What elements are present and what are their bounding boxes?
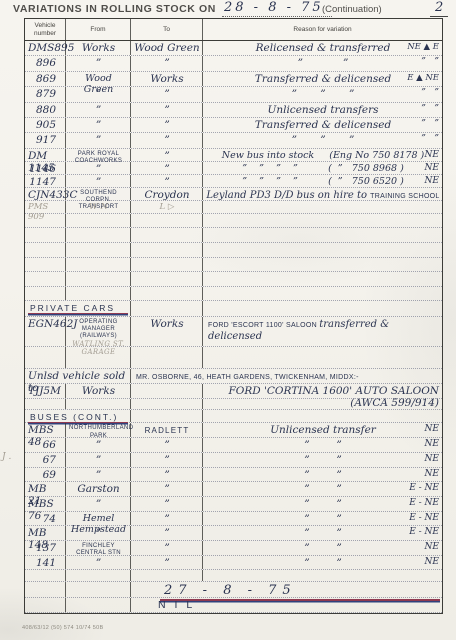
table-cell xyxy=(203,301,442,315)
cell-text: ” ” xyxy=(206,469,440,481)
table-cell: ” xyxy=(66,103,131,117)
table-cell: 69 xyxy=(25,468,66,482)
cell-text: Mr. Osborne, 46, Heath Gardens, Twickenh… xyxy=(136,374,359,381)
cell-text: 137 xyxy=(28,542,56,554)
table-row: CJN433CSouthendCorpn. TransportCroydonLe… xyxy=(25,188,442,201)
table-cell: Works xyxy=(66,41,131,55)
cell-text: 917 xyxy=(28,134,56,146)
table-cell: L ▷ xyxy=(131,201,203,213)
table-cell: MBS 76 xyxy=(25,497,66,511)
table-cell: ” ” ” xyxy=(203,133,442,147)
district-mark: E - NE xyxy=(409,483,439,493)
table-cell xyxy=(25,582,66,597)
cell-text: Transferred & delicensed xyxy=(206,119,440,131)
table-cell xyxy=(131,287,203,301)
table-cell xyxy=(203,570,442,581)
table-cell: ” ” xyxy=(203,438,442,452)
table-row: 137FinchleyCentral Stn”” ”NE xyxy=(25,541,442,556)
table-cell xyxy=(66,287,131,301)
cell-text: ” xyxy=(134,527,200,539)
table-cell xyxy=(66,228,131,242)
district-mark: NE xyxy=(425,542,439,552)
cell-text: ” xyxy=(134,483,200,495)
header-vehicle-line1: Vehicle xyxy=(35,22,56,29)
table-cell: Hemel Hempstead xyxy=(66,512,131,526)
table-cell: ” ” ” ” ( ” 750 6520 ) xyxy=(203,175,442,187)
table-cell: ” ” ” ” ( ” 750 8968 ) xyxy=(203,162,442,174)
table-row: 141””” ”NE xyxy=(25,556,442,571)
table-cell: DMS895 xyxy=(25,41,66,55)
table-cell: ” ” xyxy=(203,526,442,540)
table-cell: ” ” xyxy=(203,512,442,526)
table-cell: Unlsd vehicle sold to xyxy=(25,369,131,383)
table-cell: Park RoyalCoachworks xyxy=(66,149,131,161)
table-row xyxy=(25,214,442,229)
table-cell xyxy=(131,410,203,422)
table-row: EGN462JOperating Manager(Railways)Watlin… xyxy=(25,317,442,347)
cell-text: ” xyxy=(134,498,200,510)
table-cell xyxy=(203,399,442,409)
table-cell: Unlicensed transfers xyxy=(203,103,442,117)
table-cell: N I L xyxy=(131,598,442,612)
cell-text: ” xyxy=(69,469,128,481)
cell-text: ” xyxy=(69,498,128,510)
cell-text: 69 xyxy=(28,469,56,481)
table-row: 869Wood GreenWorksTransferred & delicens… xyxy=(25,72,442,87)
cell-text: ” ” xyxy=(206,513,440,525)
cell-text: ” xyxy=(134,176,200,188)
cell-text: ” ” xyxy=(206,454,440,466)
cell-text: ” ” ” xyxy=(206,134,440,146)
header-to-label: To xyxy=(163,26,170,33)
table-cell: ” xyxy=(131,438,203,452)
table-cell: ” ” xyxy=(203,56,442,70)
table-row: 905””Transferred & delicensed” ” xyxy=(25,118,442,133)
cell-text: ” ” xyxy=(206,483,440,495)
table-cell: 141 xyxy=(25,556,66,570)
table-cell: TJJ5M xyxy=(25,384,66,398)
cell-text: Works xyxy=(134,73,200,85)
table-row xyxy=(25,228,442,243)
margin-pencil-note: J . xyxy=(2,452,11,462)
district-mark: E - NE xyxy=(409,498,439,508)
title-bar: VARIATIONS IN ROLLING STOCK ON 28 - 8 - … xyxy=(0,0,456,18)
table-cell: ” xyxy=(66,175,131,187)
cell-text: Relicensed & transferred xyxy=(206,42,440,54)
table-cell xyxy=(131,570,203,581)
cell-text: Southend xyxy=(69,190,128,197)
cell-text: Works xyxy=(134,318,200,330)
cell-text: ” xyxy=(69,119,128,131)
district-mark: NE xyxy=(425,439,439,449)
table-cell: ” xyxy=(66,162,131,174)
cell-text: ” xyxy=(69,454,128,466)
cell-text: Buses (Cont.) xyxy=(28,411,128,423)
district-mark: ” ” xyxy=(421,57,439,67)
district-mark: NE xyxy=(425,424,439,434)
header-vehicle-line2: number xyxy=(34,30,56,37)
district-mark: E - NE xyxy=(409,513,439,523)
table-row: 27 - 8 - 75 xyxy=(25,582,442,598)
cell-text: 905 xyxy=(28,119,56,131)
table-row xyxy=(25,243,442,258)
table-cell xyxy=(66,399,131,409)
district-mark: ” ” xyxy=(421,134,439,144)
table-cell: 917 xyxy=(25,133,66,147)
table-row: 74Hemel Hempstead”” ”E - NE xyxy=(25,512,442,527)
cell-text: Ford 'Escort 1100' Saloon xyxy=(208,322,319,329)
header-reason: Reason for variation xyxy=(203,19,442,40)
table-cell xyxy=(203,258,442,272)
cell-text: Garston xyxy=(69,483,128,495)
table-cell xyxy=(25,287,66,301)
cell-text: ” ” ” ” ( ” 750 8968 ) xyxy=(206,163,440,174)
cell-text: ” xyxy=(134,57,200,69)
table-cell: Wood Green xyxy=(131,41,203,55)
cell-text: ” ” xyxy=(206,57,440,69)
table-cell: ” xyxy=(131,133,203,147)
cell-text: ” xyxy=(69,104,128,116)
cell-text: ” xyxy=(69,88,128,100)
cell-text: Training School xyxy=(370,193,439,200)
cell-text: Works xyxy=(69,385,128,397)
table-row xyxy=(25,258,442,273)
cell-text: Operating Manager xyxy=(69,319,128,333)
table-cell xyxy=(66,582,131,597)
table-cell: Works xyxy=(131,72,203,86)
table-cell xyxy=(131,347,203,368)
rolling-stock-table: Vehicle number From To Reason for variat… xyxy=(24,18,443,614)
table-cell: EGN462J xyxy=(25,317,66,346)
cell-text: 1147 xyxy=(28,176,56,188)
table-row: TJJ5MWorksFORD 'CORTINA 1600' AUTO SALOO… xyxy=(25,384,442,399)
table-cell: Radlett xyxy=(131,423,203,437)
district-mark: ” ” xyxy=(421,119,439,129)
table-cell xyxy=(203,201,442,213)
cell-text: ” xyxy=(134,557,200,569)
table-cell xyxy=(25,570,66,581)
cell-text: ” xyxy=(134,454,200,466)
table-row: 67””” ”NE xyxy=(25,453,442,468)
cell-text: ” xyxy=(69,163,128,175)
table-cell xyxy=(203,214,442,228)
table-cell: 869 xyxy=(25,72,66,86)
table-cell: MB 148 xyxy=(25,526,66,540)
table-cell: ” xyxy=(131,175,203,187)
table-cell xyxy=(131,258,203,272)
table-cell: PMS 909 xyxy=(25,201,66,213)
header-from-label: From xyxy=(90,26,105,33)
table-cell: NorthumberlandPark xyxy=(66,423,131,437)
table-cell: 74 xyxy=(25,512,66,526)
district-mark: NE ▲ E xyxy=(407,42,439,52)
district-mark: NE xyxy=(425,150,439,160)
cell-text: ” xyxy=(69,176,128,188)
table-row: Buses (Cont.) xyxy=(25,410,442,423)
cell-text: L ▷ xyxy=(134,202,200,212)
cell-text: Northumberland xyxy=(69,425,128,432)
table-cell xyxy=(203,243,442,257)
table-cell: ” xyxy=(66,556,131,570)
cell-text: ” ” xyxy=(206,557,440,569)
table-body: DMS895WorksWood GreenRelicensed & transf… xyxy=(25,41,442,613)
cell-text: ” ” ” xyxy=(206,88,440,100)
cell-text: ” ” xyxy=(206,542,440,554)
table-cell: 879 xyxy=(25,87,66,101)
table-cell: Operating Manager(Railways)Watling St. G… xyxy=(66,317,131,346)
table-cell xyxy=(131,384,203,398)
table-cell: Works xyxy=(131,317,203,346)
cell-text: 74 xyxy=(28,513,56,525)
table-row: MBS 76””” ”E - NE xyxy=(25,497,442,512)
table-cell: ” xyxy=(131,497,203,511)
table-cell: ” xyxy=(66,468,131,482)
table-row: 1147””” ” ” ” ( ” 750 6520 )NE xyxy=(25,175,442,188)
district-mark: ” ” xyxy=(421,104,439,114)
table-row: MB 21Garston”” ”E - NE xyxy=(25,482,442,497)
table-cell: 27 - 8 - 75 xyxy=(131,582,442,597)
table-cell xyxy=(131,228,203,242)
cell-text: 67 xyxy=(28,454,56,466)
page-title: VARIATIONS IN ROLLING STOCK ON xyxy=(13,3,216,15)
cell-text: Unlicensed transfers xyxy=(206,104,440,116)
table-cell xyxy=(131,399,203,409)
table-row: PMS 909W NL ▷ xyxy=(25,201,442,214)
cell-text: Wood Green xyxy=(134,42,200,54)
table-row xyxy=(25,399,442,410)
table-cell: 137 xyxy=(25,541,66,555)
table-cell: Croydon xyxy=(131,188,203,200)
table-cell: ” xyxy=(66,133,131,147)
table-cell xyxy=(131,214,203,228)
table-cell: ” xyxy=(131,556,203,570)
cell-text: Radlett xyxy=(134,426,200,435)
table-cell: ” xyxy=(131,541,203,555)
scanned-page: VARIATIONS IN ROLLING STOCK ON 28 - 8 - … xyxy=(0,0,456,640)
table-cell: ” xyxy=(66,118,131,132)
table-cell: Private Cars xyxy=(25,301,131,315)
table-cell: ” ” xyxy=(203,541,442,555)
table-cell: New bus into stock (Eng No 750 8178 ) xyxy=(203,149,442,161)
table-row: 917””” ” ”” ” xyxy=(25,133,442,148)
table-cell: FORD 'CORTINA 1600' AUTO SALOON (AWCA 59… xyxy=(203,384,442,398)
table-cell xyxy=(66,272,131,286)
table-cell: Works xyxy=(66,384,131,398)
cell-text: N I L xyxy=(158,599,440,611)
cell-text: ” ” xyxy=(206,439,440,451)
table-cell: ” xyxy=(131,482,203,496)
table-cell: ” xyxy=(131,526,203,540)
table-cell xyxy=(66,214,131,228)
table-cell xyxy=(25,214,66,228)
table-row: Private Cars xyxy=(25,301,442,316)
cell-text: ” xyxy=(134,150,200,162)
table-cell: ” ” xyxy=(203,556,442,570)
cell-text: ” xyxy=(134,469,200,481)
cell-text: ” xyxy=(69,57,128,69)
header-vehicle-number: Vehicle number xyxy=(25,19,66,40)
cell-text: ” xyxy=(69,527,128,539)
cell-text: Croydon xyxy=(134,189,200,201)
table-cell xyxy=(25,399,66,409)
cell-text: ” xyxy=(134,119,200,131)
table-cell: ” xyxy=(131,468,203,482)
table-cell: 1147 xyxy=(25,175,66,187)
cell-text: ” xyxy=(134,439,200,451)
cell-text: Works xyxy=(69,42,128,54)
table-cell xyxy=(25,347,66,368)
header-to: To xyxy=(131,19,203,40)
table-cell: DM 1145 xyxy=(25,149,66,161)
table-cell xyxy=(203,287,442,301)
table-cell xyxy=(66,598,131,612)
table-cell: Wood Green xyxy=(66,72,131,86)
table-cell: Transferred & delicensed xyxy=(203,118,442,132)
table-cell: ” xyxy=(66,56,131,70)
table-cell: ” xyxy=(131,149,203,161)
table-row: Unlsd vehicle sold toMr. Osborne, 46, He… xyxy=(25,369,442,384)
table-cell xyxy=(66,243,131,257)
table-row: 66””” ”NE xyxy=(25,438,442,453)
cell-text: ” xyxy=(134,163,200,175)
table-header-row: Vehicle number From To Reason for variat… xyxy=(25,19,442,41)
table-cell xyxy=(25,272,66,286)
table-row: 896””” ”” ” xyxy=(25,56,442,71)
continuation-label: (Continuation) xyxy=(322,4,382,15)
form-reference: 408/63/12 (50) 574 10/74 50B xyxy=(22,625,104,631)
cell-text: 141 xyxy=(28,557,56,569)
cell-text: TJJ5M xyxy=(28,385,63,397)
table-cell: ” ” xyxy=(203,497,442,511)
cell-text: Unlicensed transfer xyxy=(206,424,440,436)
table-cell xyxy=(131,243,203,257)
table-cell: 1146 xyxy=(25,162,66,174)
table-cell: ” xyxy=(66,497,131,511)
table-cell: ” xyxy=(66,87,131,101)
table-row: 880””Unlicensed transfers” ” xyxy=(25,103,442,118)
cell-text: CJN433C xyxy=(28,189,63,201)
table-cell xyxy=(25,258,66,272)
table-cell xyxy=(203,228,442,242)
table-cell: MBS 48 xyxy=(25,423,66,437)
cell-text: EGN462J xyxy=(28,318,63,330)
table-cell: ” xyxy=(66,526,131,540)
table-cell: 880 xyxy=(25,103,66,117)
table-cell: Unlicensed transfer xyxy=(203,423,442,437)
table-cell xyxy=(25,228,66,242)
table-cell xyxy=(25,598,66,612)
table-cell: ” xyxy=(66,438,131,452)
district-mark: ” ” xyxy=(421,88,439,98)
cell-text: Finchley xyxy=(69,543,128,550)
table-row xyxy=(25,272,442,287)
table-row: 1146””” ” ” ” ( ” 750 8968 )NE xyxy=(25,162,442,175)
cell-subtext: (Railways) xyxy=(69,333,128,340)
header-reason-label: Reason for variation xyxy=(293,26,351,33)
cell-text: 880 xyxy=(28,104,56,116)
header-date: 28 - 8 - 75 xyxy=(222,0,332,17)
table-row xyxy=(25,287,442,302)
cell-text: 1146 xyxy=(28,163,56,175)
table-cell: FinchleyCentral Stn xyxy=(66,541,131,555)
table-cell: ” ” xyxy=(203,482,442,496)
cell-text: Leyland PD3 D/D bus on hire to xyxy=(206,190,370,201)
table-row: DM 1145Park RoyalCoachworks”New bus into… xyxy=(25,149,442,162)
table-cell: 67 xyxy=(25,453,66,467)
table-cell xyxy=(131,301,203,315)
table-cell: ” xyxy=(66,453,131,467)
cell-text: New bus into stock (Eng No 750 8178 ) xyxy=(206,150,440,161)
cell-text: W N xyxy=(69,202,128,212)
cell-text: Transferred & delicensed xyxy=(206,73,440,85)
table-cell xyxy=(203,272,442,286)
table-row: 69””” ”NE xyxy=(25,468,442,483)
table-row xyxy=(25,570,442,582)
cell-text: ” xyxy=(69,134,128,146)
table-cell: ” ” xyxy=(203,468,442,482)
table-cell xyxy=(131,272,203,286)
table-cell: Ford 'Escort 1100' Saloon transferred & … xyxy=(203,317,442,346)
cell-text: ” xyxy=(134,513,200,525)
table-cell: Mr. Osborne, 46, Heath Gardens, Twickenh… xyxy=(131,369,442,383)
cell-text: DMS895 xyxy=(28,42,63,54)
cell-text: 869 xyxy=(28,73,56,85)
cell-text: ” xyxy=(134,104,200,116)
table-cell: 66 xyxy=(25,438,66,452)
table-cell: ” xyxy=(131,118,203,132)
table-cell xyxy=(66,258,131,272)
cell-text: ” ” xyxy=(206,498,440,510)
cell-text: Private Cars xyxy=(28,302,128,314)
district-mark: NE xyxy=(425,557,439,567)
table-row: 879””” ” ”” ” xyxy=(25,87,442,102)
table-cell xyxy=(203,410,442,422)
table-row: DMS895WorksWood GreenRelicensed & transf… xyxy=(25,41,442,56)
cell-text: ” xyxy=(134,88,200,100)
district-mark: NE xyxy=(425,469,439,479)
cell-text: 66 xyxy=(28,439,56,451)
table-cell: 905 xyxy=(25,118,66,132)
table-cell: W N xyxy=(66,201,131,213)
cell-text: ” xyxy=(134,134,200,146)
table-cell: ” xyxy=(131,87,203,101)
table-cell xyxy=(66,570,131,581)
table-cell: SouthendCorpn. Transport xyxy=(66,188,131,200)
district-mark: NE xyxy=(425,163,439,173)
table-cell: Buses (Cont.) xyxy=(25,410,131,422)
district-mark: NE xyxy=(425,176,439,186)
page-number: 2 xyxy=(430,0,448,17)
table-cell: Leyland PD3 D/D bus on hire to Training … xyxy=(203,188,442,200)
table-row: MB 148””” ”E - NE xyxy=(25,526,442,541)
header-from: From xyxy=(66,19,131,40)
cell-text: ” ” ” ” ( ” 750 6520 ) xyxy=(206,176,440,187)
table-cell: ” xyxy=(131,162,203,174)
table-row xyxy=(25,347,442,369)
table-cell: CJN433C xyxy=(25,188,66,200)
cell-text: ” xyxy=(69,557,128,569)
cell-text: ” xyxy=(69,439,128,451)
table-cell: ” xyxy=(131,453,203,467)
table-row: MBS 48NorthumberlandParkRadlettUnlicense… xyxy=(25,423,442,438)
cell-text: ” xyxy=(134,542,200,554)
district-mark: E ▲ NE xyxy=(407,73,439,83)
district-mark: E - NE xyxy=(409,527,439,537)
cell-text: ” ” xyxy=(206,527,440,539)
cell-text: Park Royal xyxy=(69,151,128,158)
table-cell: ” ” xyxy=(203,453,442,467)
table-cell xyxy=(203,347,442,368)
